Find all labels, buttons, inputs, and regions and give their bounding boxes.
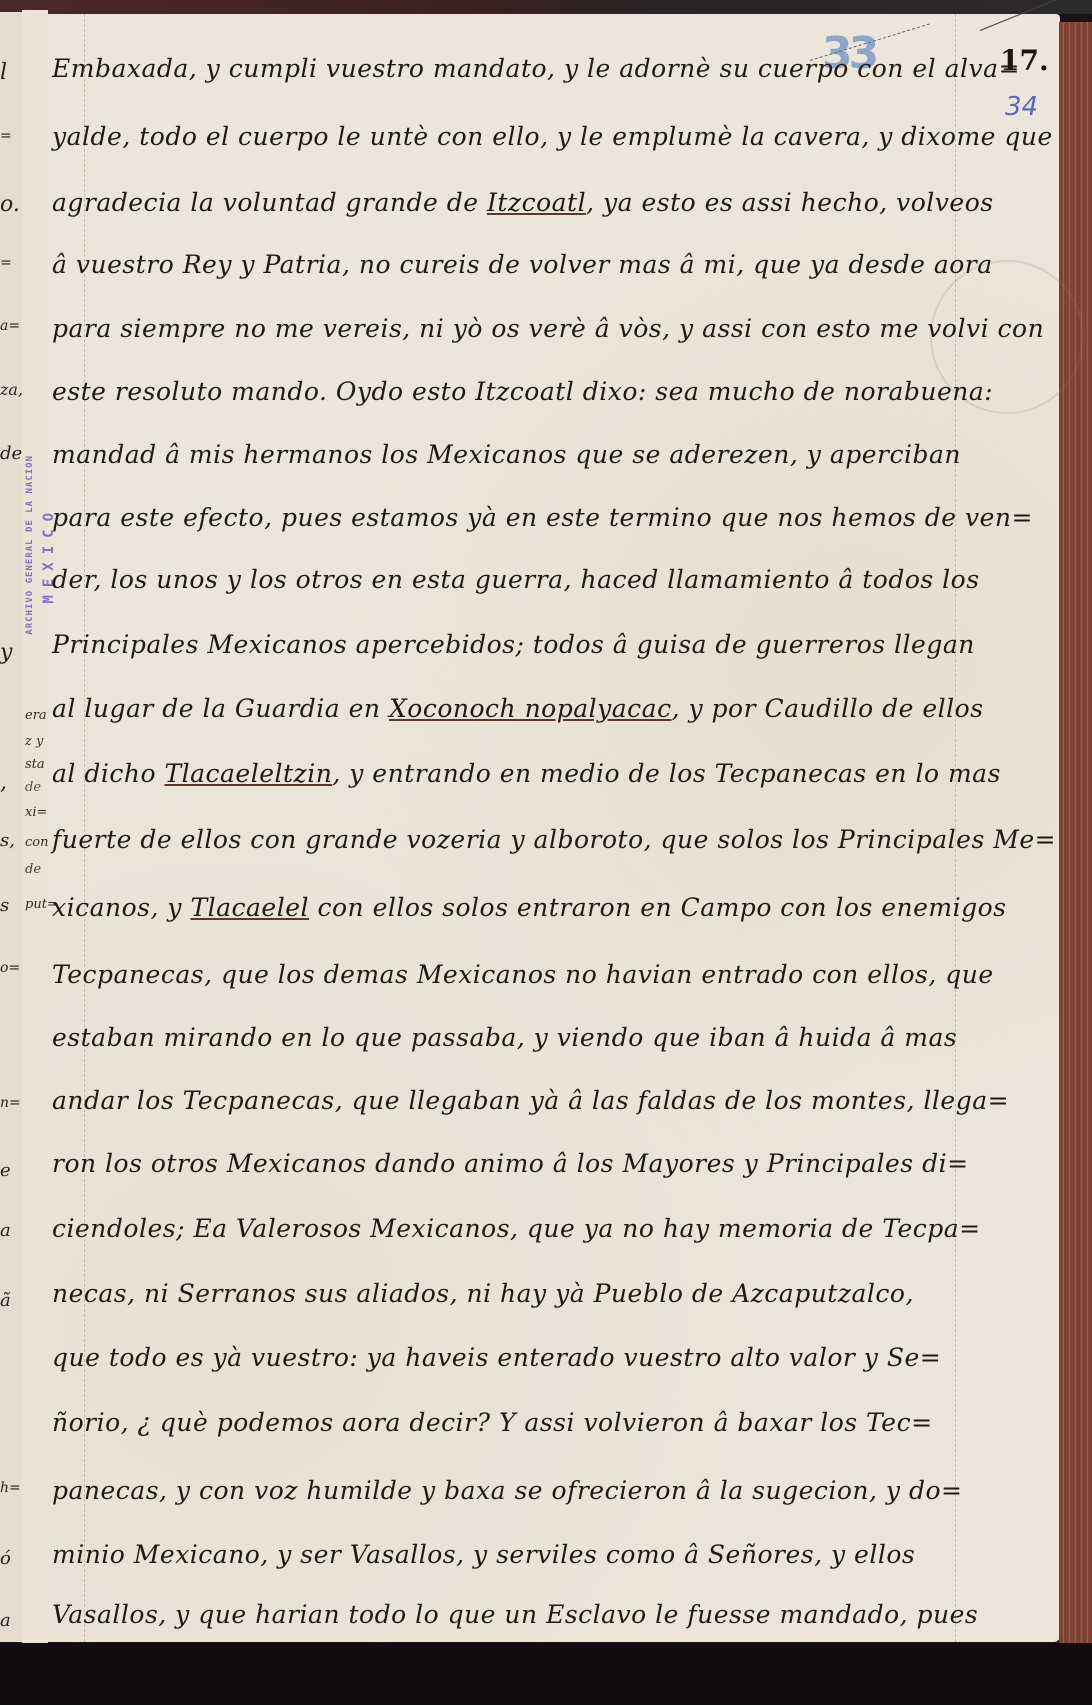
text-line: xicanos, y Tlacaelel con ellos solos ent… [52,893,952,922]
book-bottom-shadow [0,1643,1092,1705]
text-line: estaban mirando en lo que passaba, y vie… [52,1023,952,1052]
text-line: mandad â mis hermanos los Mexicanos que … [52,440,952,469]
margin-note: z y [25,734,43,749]
prev-fragment: , [0,770,7,795]
text-line: andar los Tecpanecas, que llegaban yà â … [52,1086,952,1115]
prev-fragment: s, [0,830,15,851]
prev-fragment: a [0,1610,11,1631]
margin-note: de [25,862,41,877]
text-line: ciendoles; Ea Valerosos Mexicanos, que y… [52,1214,952,1243]
underlined-name: Xoconoch nopalyacac [389,694,672,723]
text-line: necas, ni Serranos sus aliados, ni hay y… [52,1279,952,1308]
prev-fragment: l [0,60,7,85]
prev-fragment: y [0,640,12,665]
text-line: al lugar de la Guardia en Xoconoch nopal… [52,694,952,723]
text-line: Vasallos, y que harian todo lo que un Es… [52,1600,952,1629]
text-line: que todo es yà vuestro: ya haveis entera… [52,1343,952,1372]
text-segment: , y entrando en medio de los Tecpanecas … [332,759,1001,788]
text-segment: xicanos, y [52,893,190,922]
text-line: Principales Mexicanos apercebidos; todos… [52,630,952,659]
text-line: al dicho Tlacaeleltzin, y entrando en me… [52,759,952,788]
prev-fragment: de [0,443,22,464]
prev-fragment: a [0,1220,11,1241]
text-segment: agradecia la voluntad grande de [52,188,487,217]
prev-fragment: h= [0,1480,21,1496]
text-line: Tecpanecas, que los demas Mexicanos no h… [52,960,952,989]
stamp-archive-name: ARCHIVO GENERAL DE LA NACION [25,455,35,635]
margin-note: era [25,708,47,723]
margin-note: con [25,835,48,850]
underlined-name: Itzcoatl [487,188,586,217]
text-line: ñorio, ¿ què podemos aora decir? Y assi … [52,1408,952,1437]
text-segment: con ellos solos entraron en Campo con lo… [309,893,1007,922]
book-top-edge [0,0,1092,14]
margin-note: xi= [25,805,47,820]
text-line: este resoluto mando. Oydo esto Itzcoatl … [52,377,952,406]
prev-fragment: o. [0,192,20,217]
book-page-stack-edge [1059,22,1092,1662]
prev-fragment: ó [0,1548,11,1569]
folio-new-number: 34 [1005,92,1038,122]
text-line: fuerte de ellos con grande vozeria y alb… [52,825,952,854]
prev-fragment: = [0,128,12,144]
text-line: agradecia la voluntad grande de Itzcoatl… [52,188,952,217]
margin-note: de [25,780,41,795]
prev-fragment: = [0,255,12,271]
text-line: panecas, y con voz humilde y baxa se ofr… [52,1476,952,1505]
text-line: para siempre no me vereis, ni yò os verè… [52,314,952,343]
prev-fragment: s [0,895,9,916]
text-line: minio Mexicano, y ser Vasallos, y servil… [52,1540,952,1569]
prev-fragment: n= [0,1095,21,1111]
text-segment: al dicho [52,759,164,788]
prev-fragment: ã [0,1290,11,1311]
text-segment: , y por Caudillo de ellos [672,694,984,723]
prev-fragment: a= [0,318,20,334]
prev-fragment: o= [0,960,20,976]
text-line: der, los unos y los otros en esta guerra… [52,565,952,594]
underlined-name: Tlacaeleltzin [164,759,332,788]
text-line: yalde, todo el cuerpo le untè con ello, … [52,122,952,151]
text-line: ron los otros Mexicanos dando animo â lo… [52,1149,952,1178]
text-line: Embaxada, y cumpli vuestro mandato, y le… [52,54,952,83]
prev-fragment: za, [0,380,23,399]
overlapping-page-strip [22,10,48,1650]
prev-fragment: e [0,1160,11,1181]
margin-note: sta [25,757,45,772]
text-line: â vuestro Rey y Patria, no cureis de vol… [52,250,952,279]
text-line: para este efecto, pues estamos yà en est… [52,503,952,532]
text-segment: al lugar de la Guardia en [52,694,389,723]
underlined-name: Tlacaelel [190,893,309,922]
text-segment: , ya esto es assi hecho, volveos [586,188,994,217]
